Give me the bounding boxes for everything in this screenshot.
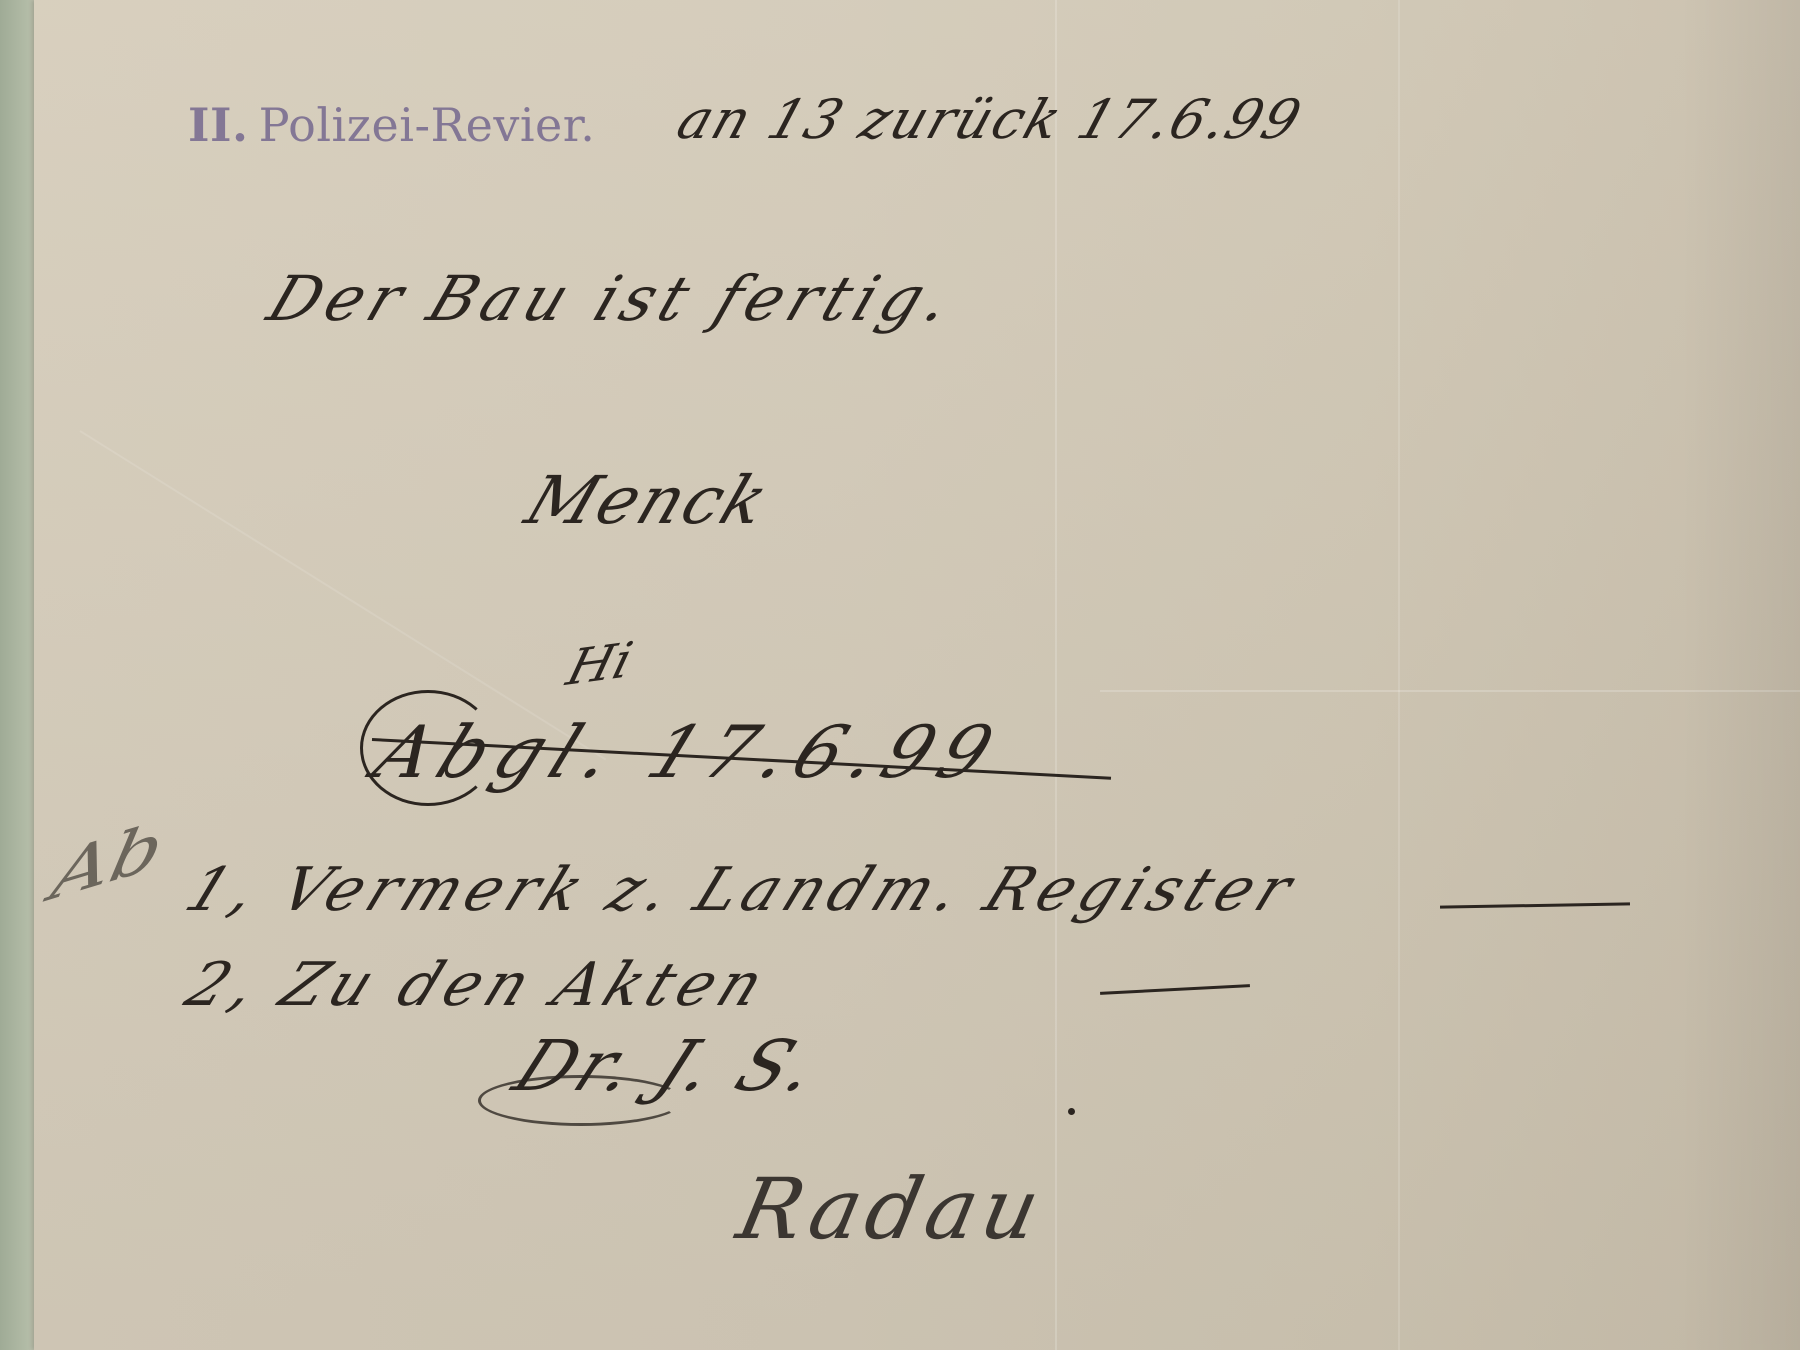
paper-fold-vertical [1055, 0, 1057, 1350]
stamp-numeral: II. [188, 98, 249, 152]
signature-official: Dr. J. S. [502, 1025, 836, 1107]
body-line-construction-finished: Der Bau ist fertig. [259, 262, 967, 335]
stamp-text: Polizei-Revier. [259, 98, 596, 152]
signature-radau: Radau [730, 1160, 1054, 1258]
paper-shadow [1680, 0, 1800, 1350]
signature-menck: Menck [516, 462, 780, 539]
struck-entry-text: Abgl. 17.6.99 [363, 710, 1015, 794]
document-sheet [34, 0, 1800, 1350]
signature-dot [1068, 1108, 1075, 1115]
directive-item-2-text: Zu den Akten [270, 950, 779, 1020]
directive-item-2: 2, Zu den Akten [176, 950, 780, 1020]
police-precinct-stamp: II.Polizei-Revier. [188, 98, 595, 152]
paper-fold-vertical-right [1398, 0, 1400, 1350]
directive-item-1: 1, Vermerk z. Landm. Register [176, 855, 1308, 925]
header-annotation: an 13 zurück 17.6.99 [670, 88, 1311, 151]
directive-item-1-text: Vermerk z. Landm. Register [270, 855, 1308, 925]
